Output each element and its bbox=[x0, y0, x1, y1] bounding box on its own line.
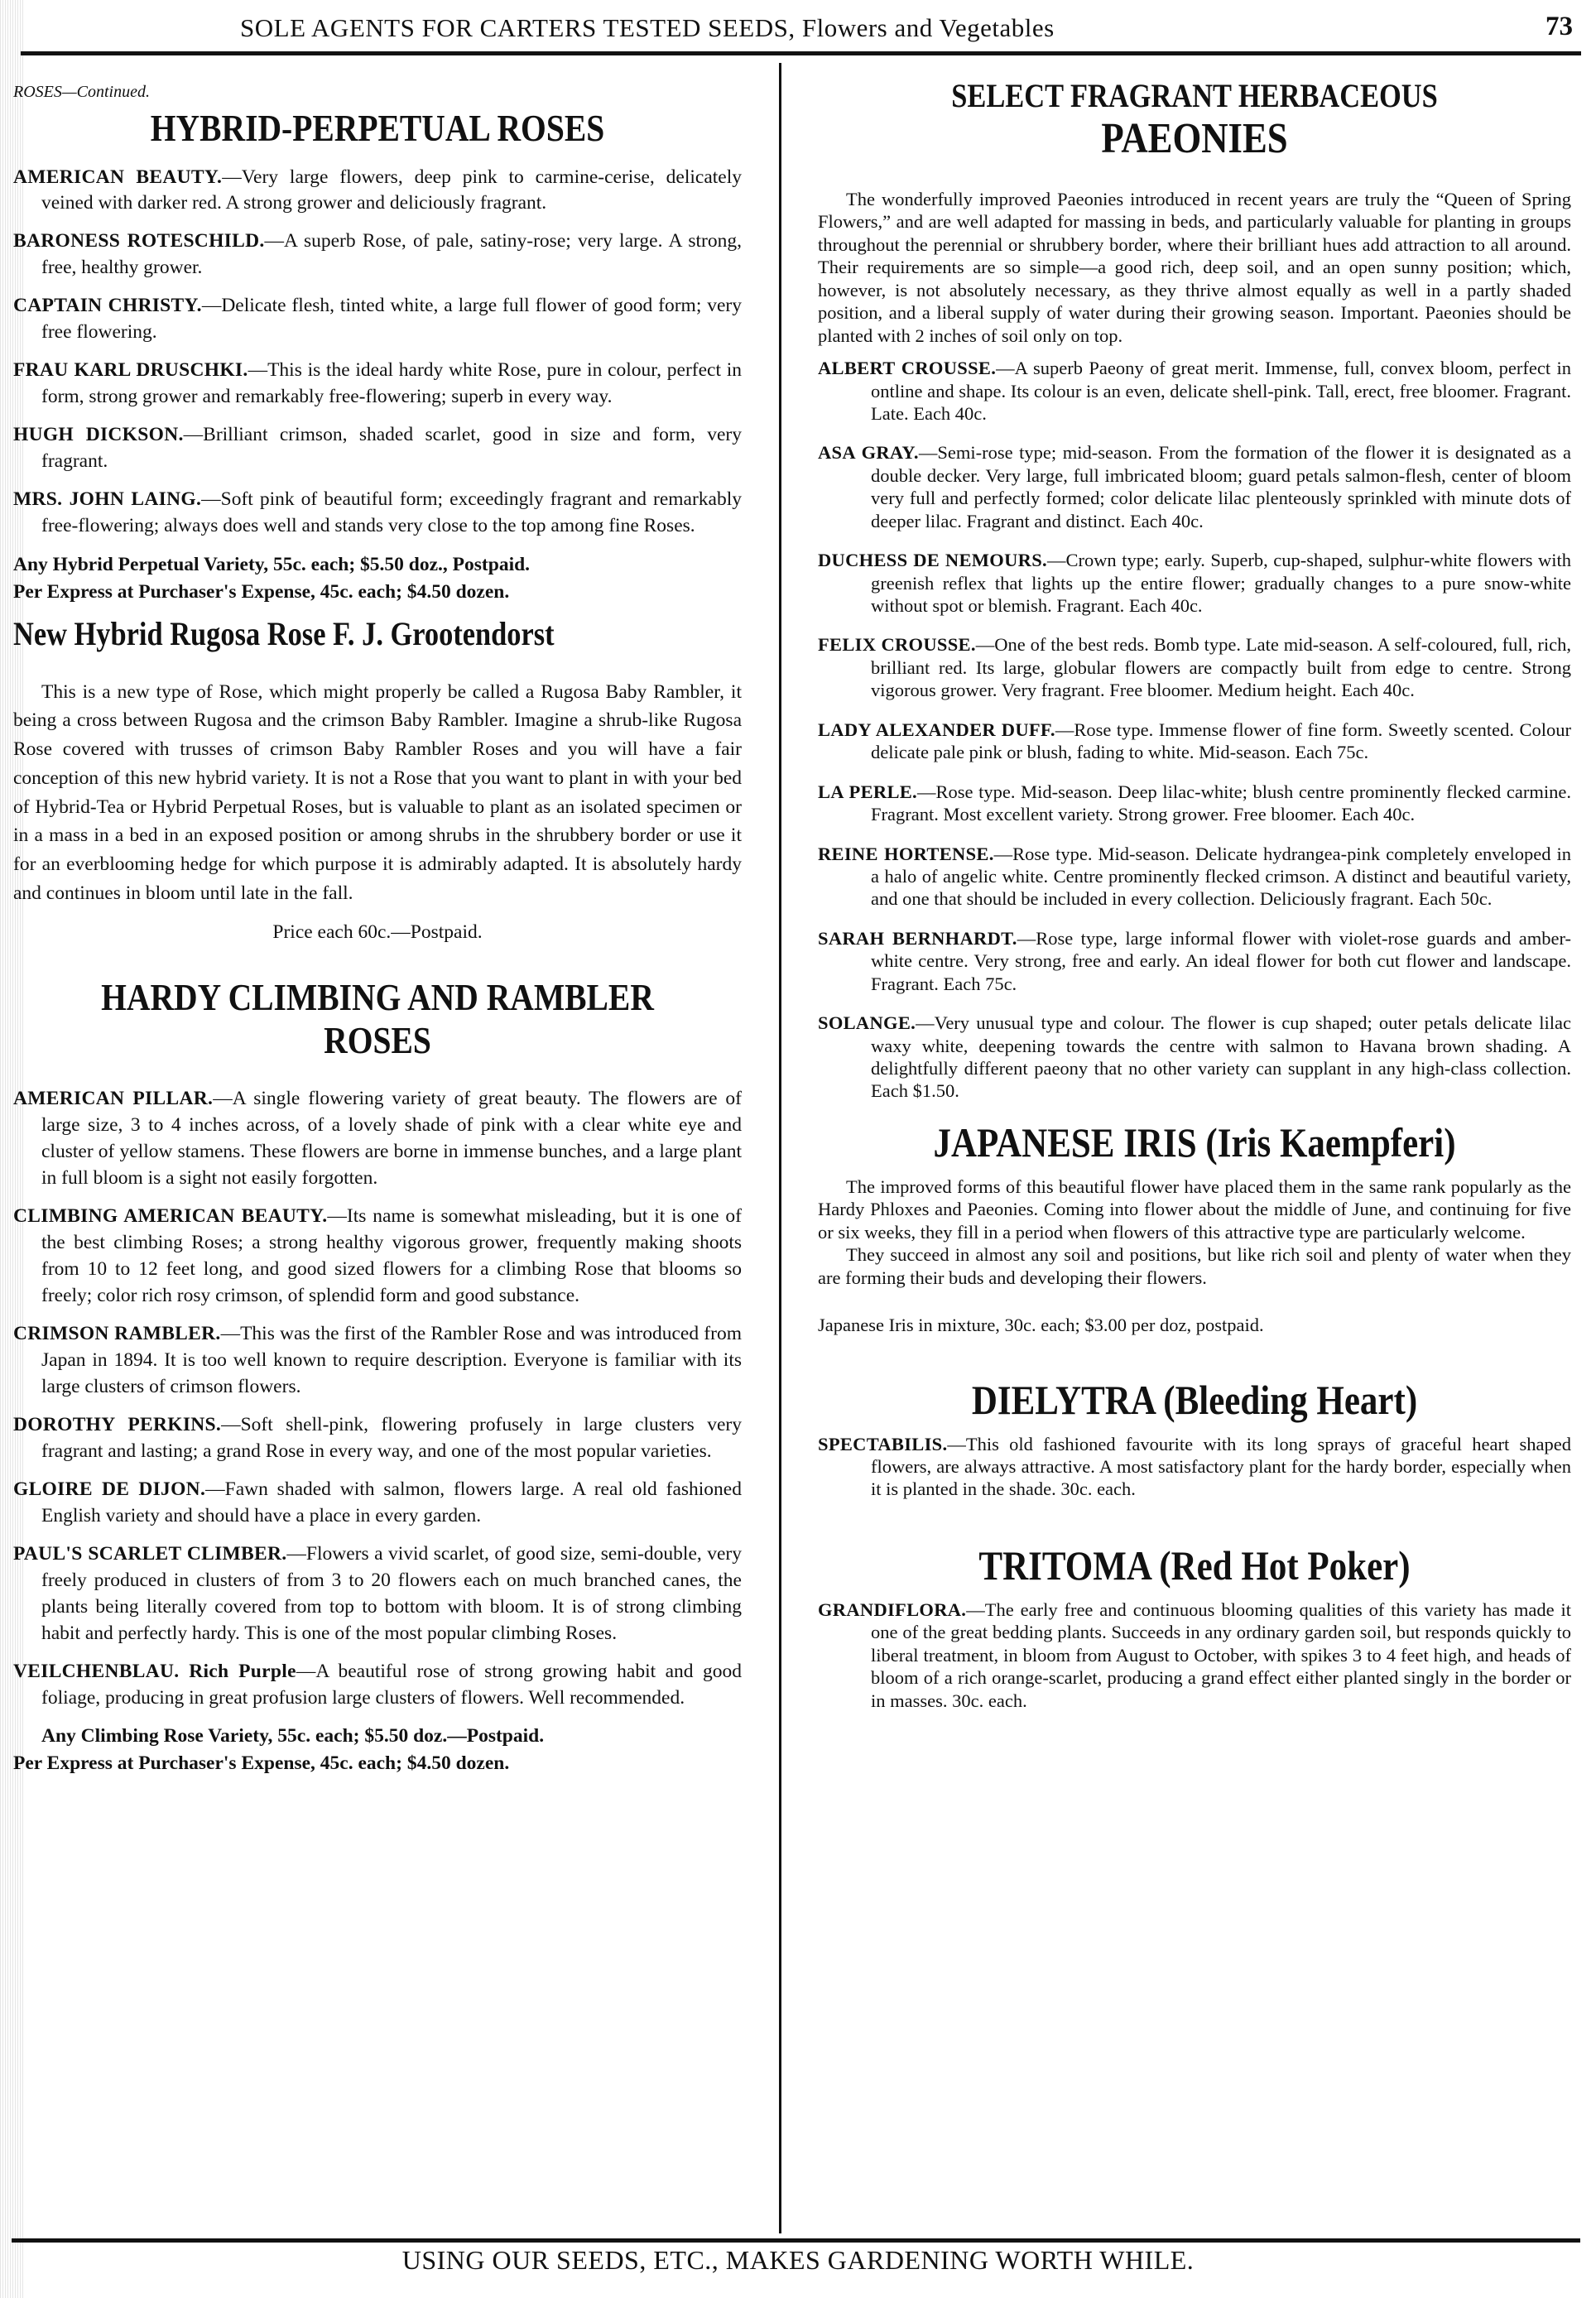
list-item: REINE HORTENSE.—Rose type. Mid-season. D… bbox=[818, 843, 1571, 911]
variety-name: FRAU KARL DRUSCHKI. bbox=[13, 359, 248, 381]
top-rule bbox=[21, 51, 1581, 55]
bottom-rule bbox=[12, 2238, 1580, 2243]
right-column: SELECT FRAGRANT HERBACEOUS PAEONIES The … bbox=[818, 73, 1571, 1728]
variety-name: MRS. JOHN LAING. bbox=[13, 488, 201, 510]
variety-name: REINE HORTENSE. bbox=[818, 844, 994, 864]
list-item: DUCHESS DE NEMOURS.—Crown type; early. S… bbox=[818, 549, 1571, 617]
list-item: CAPTAIN CHRISTY.—Delicate flesh, tinted … bbox=[13, 293, 742, 346]
variety-name: HUGH DICKSON. bbox=[13, 424, 184, 445]
rugosa-description: This is a new type of Rose, which might … bbox=[13, 678, 742, 908]
section-title-paeonies: SELECT FRAGRANT HERBACEOUS PAEONIES bbox=[871, 78, 1519, 163]
variety-name: LA PERLE. bbox=[818, 781, 917, 802]
list-item: ASA GRAY.—Semi-rose type; mid-season. Fr… bbox=[818, 441, 1571, 532]
list-item: HUGH DICKSON.—Brilliant crimson, shaded … bbox=[13, 422, 742, 475]
variety-name: FELIX CROUSSE. bbox=[818, 634, 976, 655]
iris-price: Japanese Iris in mixture, 30c. each; $3.… bbox=[818, 1314, 1571, 1336]
dielytra-entry: SPECTABILIS.—This old fashioned favourit… bbox=[818, 1433, 1571, 1501]
list-item: SARAH BERNHARDT.—Rose type, large inform… bbox=[818, 927, 1571, 995]
section-title-dielytra: DIELYTRA (Bleeding Heart) bbox=[871, 1377, 1519, 1423]
list-item: LA PERLE.—Rose type. Mid-season. Deep li… bbox=[818, 781, 1571, 826]
variety-name: CRIMSON RAMBLER. bbox=[13, 1323, 221, 1344]
price-line: Any Climbing Rose Variety, 55c. each; $5… bbox=[13, 1723, 742, 1750]
climbing-rose-list: AMERICAN PILLAR.—A single flowering vari… bbox=[13, 1086, 742, 1711]
variety-name: SARAH BERNHARDT. bbox=[818, 928, 1017, 949]
section-title-tritoma: TRITOMA (Red Hot Poker) bbox=[871, 1542, 1519, 1589]
left-column: ROSES—Continued. HYBRID-PERPETUAL ROSES … bbox=[13, 73, 742, 1777]
list-item: GLOIRE DE DIJON.—Fawn shaded with salmon… bbox=[13, 1477, 742, 1530]
list-item: PAUL'S SCARLET CLIMBER.—Flowers a vivid … bbox=[13, 1541, 742, 1647]
list-item: FELIX CROUSSE.—One of the best reds. Bom… bbox=[818, 633, 1571, 701]
variety-name: BARONESS ROTESCHILD. bbox=[13, 230, 265, 252]
section-kicker: ROSES—Continued. bbox=[13, 83, 742, 102]
variety-name: AMERICAN PILLAR. bbox=[13, 1088, 213, 1109]
price-line: Per Express at Purchaser's Expense, 45c.… bbox=[13, 579, 742, 606]
section-title-climbing: HARDY CLIMBING AND RAMBLER ROSES bbox=[65, 976, 691, 1061]
section-title-hybrid-perpetual: HYBRID-PERPETUAL ROSES bbox=[65, 107, 691, 150]
page-header: SOLE AGENTS FOR CARTERS TESTED SEEDS, Fl… bbox=[0, 0, 1596, 53]
page-number: 73 bbox=[1546, 12, 1573, 42]
running-head: SOLE AGENTS FOR CARTERS TESTED SEEDS, Fl… bbox=[240, 13, 1055, 43]
list-item: VEILCHENBLAU. Rich Purple—A beautiful ro… bbox=[13, 1659, 742, 1712]
list-item: MRS. JOHN LAING.—Soft pink of beautiful … bbox=[13, 487, 742, 540]
variety-name: CAPTAIN CHRISTY. bbox=[13, 295, 202, 316]
rugosa-price: Price each 60c.—Postpaid. bbox=[13, 918, 742, 947]
variety-name: DUCHESS DE NEMOURS. bbox=[818, 550, 1047, 570]
variety-description: —Semi-rose type; mid-season. From the fo… bbox=[871, 442, 1571, 531]
list-item: AMERICAN BEAUTY.—Very large flowers, dee… bbox=[13, 165, 742, 218]
paeonies-intro: The wonderfully improved Paeonies introd… bbox=[818, 188, 1571, 347]
list-item: DOROTHY PERKINS.—Soft shell-pink, flower… bbox=[13, 1412, 742, 1465]
iris-description-1: The improved forms of this beautiful flo… bbox=[818, 1175, 1571, 1243]
variety-description: —One of the best reds. Bomb type. Late m… bbox=[871, 634, 1571, 700]
list-item: CLIMBING AMERICAN BEAUTY.—Its name is so… bbox=[13, 1204, 742, 1310]
iris-description-2: They succeed in almost any soil and posi… bbox=[818, 1243, 1571, 1289]
list-item: CRIMSON RAMBLER.—This was the first of t… bbox=[13, 1321, 742, 1401]
list-item: AMERICAN PILLAR.—A single flowering vari… bbox=[13, 1086, 742, 1192]
price-line: Per Express at Purchaser's Expense, 45c.… bbox=[13, 1750, 742, 1777]
column-divider bbox=[779, 63, 781, 2233]
list-item: SOLANGE.—Very unusual type and colour. T… bbox=[818, 1012, 1571, 1103]
list-item: BARONESS ROTESCHILD.—A superb Rose, of p… bbox=[13, 228, 742, 281]
variety-name: ALBERT CROUSSE. bbox=[818, 358, 996, 378]
variety-description: —Rose type. Mid-season. Deep lilac-white… bbox=[871, 781, 1571, 824]
tritoma-entry: GRANDIFLORA.—The early free and continuo… bbox=[818, 1599, 1571, 1712]
variety-name: LADY ALEXANDER DUFF. bbox=[818, 719, 1055, 740]
list-item: LADY ALEXANDER DUFF.—Rose type. Immense … bbox=[818, 719, 1571, 764]
variety-name: SOLANGE. bbox=[818, 1012, 916, 1033]
variety-name: AMERICAN BEAUTY. bbox=[13, 166, 222, 188]
section-title-iris: JAPANESE IRIS (Iris Kaempferi) bbox=[871, 1119, 1519, 1166]
paeony-list: ALBERT CROUSSE.—A superb Paeony of great… bbox=[818, 357, 1571, 1103]
variety-description: —Very unusual type and colour. The flowe… bbox=[871, 1012, 1571, 1101]
price-line: Any Hybrid Perpetual Variety, 55c. each;… bbox=[13, 551, 742, 579]
variety-name: GLOIRE DE DIJON. bbox=[13, 1478, 205, 1500]
hybrid-perpetual-list: AMERICAN BEAUTY.—Very large flowers, dee… bbox=[13, 165, 742, 540]
variety-name: ASA GRAY. bbox=[818, 442, 919, 463]
list-item: ALBERT CROUSSE.—A superb Paeony of great… bbox=[818, 357, 1571, 425]
variety-name: CLIMBING AMERICAN BEAUTY. bbox=[13, 1205, 327, 1227]
section-title-rugosa: New Hybrid Rugosa Rose F. J. Grootendors… bbox=[13, 616, 640, 653]
page-footer: USING OUR SEEDS, ETC., MAKES GARDENING W… bbox=[0, 2245, 1596, 2276]
variety-name: VEILCHENBLAU. Rich Purple bbox=[13, 1661, 296, 1682]
variety-name: PAUL'S SCARLET CLIMBER. bbox=[13, 1543, 286, 1565]
variety-name: DOROTHY PERKINS. bbox=[13, 1414, 221, 1435]
list-item: FRAU KARL DRUSCHKI.—This is the ideal ha… bbox=[13, 358, 742, 411]
